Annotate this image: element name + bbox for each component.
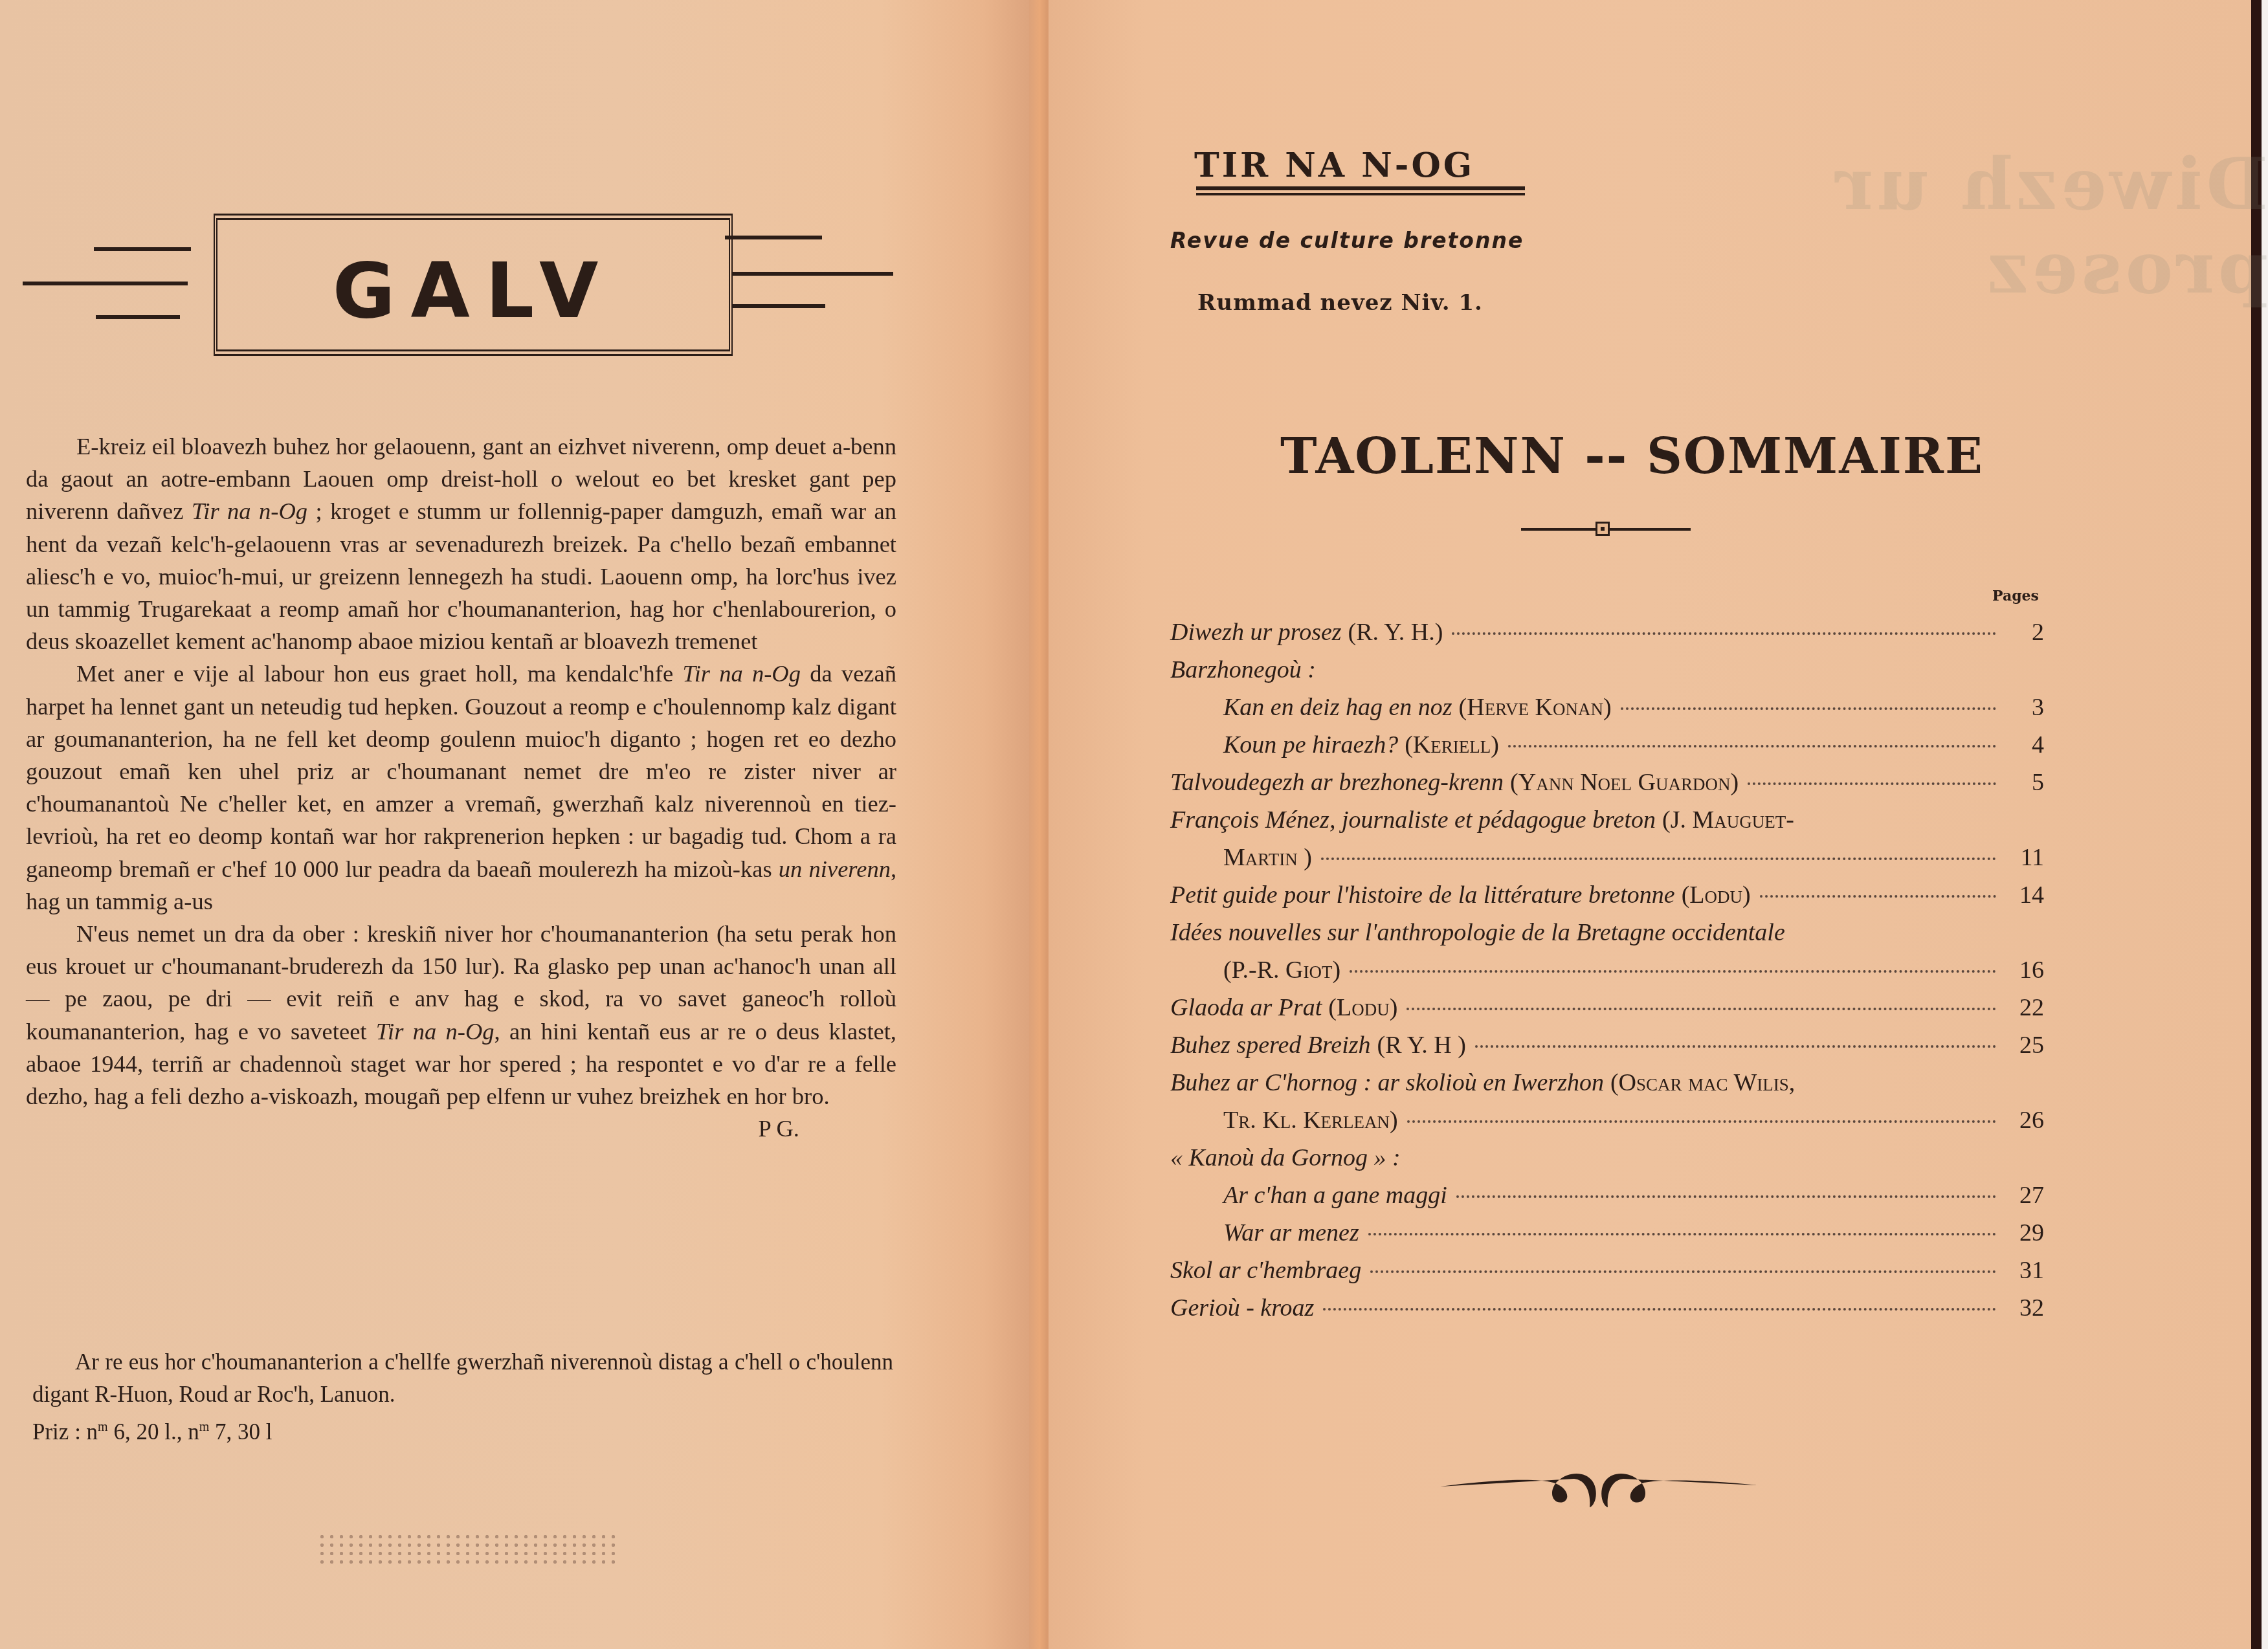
toc-entry-page: 14 [2005, 876, 2044, 914]
journal-title: TIR NA N-OG [1194, 146, 1474, 185]
toc-entry-author: (P.-R. Giot) [1223, 951, 1340, 989]
toc-entry-title: Koun pe hiraezh? [1223, 726, 1398, 764]
banner-rule-right-1 [725, 236, 822, 239]
toc-entry-author: (R. Y. H.) [1348, 614, 1443, 651]
toc-entry-title: Talvoudegezh ar brezhoneg-krenn [1170, 764, 1504, 801]
title-double-rule [1196, 186, 1525, 195]
editorial-paragraph: Met aner e vije al labour hon eus graet … [26, 658, 896, 918]
galv-frame: GALV [214, 214, 733, 356]
toc-entry-author: (R Y. H ) [1377, 1026, 1466, 1064]
toc-entry: Martin )11 [1170, 839, 2044, 876]
toc-entry-title: Petit guide pour l'histoire de la littér… [1170, 876, 1675, 914]
toc-entry-page: 26 [2005, 1101, 2044, 1139]
toc-entry-author: (J. Mauguet- [1662, 801, 1794, 839]
toc-entry: Gerioù - kroaz32 [1170, 1289, 2044, 1327]
pages-column-label: Pages [1992, 588, 2039, 604]
banner-rule-left-1 [94, 247, 191, 251]
toc-entry-title: Skol ar c'hembraeg [1170, 1252, 1361, 1289]
toc-entry: (P.-R. Giot)16 [1170, 951, 2044, 989]
flourish-ornament-icon [1437, 1466, 1761, 1511]
toc-entry: War ar menez29 [1170, 1214, 2044, 1252]
toc-entry: Ar c'han a gane maggi27 [1170, 1177, 2044, 1214]
toc-entry: François Ménez, journaliste et pédagogue… [1170, 801, 2044, 839]
dot-leader [1321, 858, 1996, 860]
toc-entry: « Kanoù da Gornog » : [1170, 1139, 2044, 1177]
editorial-text: E-kreiz eil bloavezh buhez hor gelaouenn… [26, 430, 896, 1145]
toc-entry-title: Glaoda ar Prat [1170, 989, 1322, 1026]
toc-entry-author: (Oscar mac Wilis, [1610, 1064, 1795, 1101]
toc-entry-page: 11 [2005, 839, 2044, 876]
toc-entry: Glaoda ar Prat(Lodu)22 [1170, 989, 2044, 1026]
dot-leader [1621, 707, 1996, 710]
toc-entry-page: 16 [2005, 951, 2044, 989]
toc-entry: Diwezh ur prosez(R. Y. H.)2 [1170, 614, 2044, 651]
dot-leader [1452, 632, 1996, 635]
toc-entry: Buhez ar C'hornog : ar skolioù en Iwerzh… [1170, 1064, 2044, 1101]
toc-entry-title: François Ménez, journaliste et pédagogue… [1170, 801, 1656, 839]
toc-entry-author: (Lodu) [1682, 876, 1751, 914]
toc-entry: Petit guide pour l'histoire de la littér… [1170, 876, 2044, 914]
bleed-through-text: Diwezh ur prosez [1683, 142, 2268, 309]
toc-entry-title: Diwezh ur prosez [1170, 614, 1342, 651]
toc-entry: Koun pe hiraezh?(Keriell)4 [1170, 726, 2044, 764]
signature: P G. [26, 1112, 896, 1145]
editorial-paragraph: E-kreiz eil bloavezh buhez hor gelaouenn… [26, 430, 896, 658]
toc-entry-page: 32 [2005, 1289, 2044, 1327]
toc-entry-title: Kan en deiz hag en noz [1223, 689, 1452, 726]
banner-rule-right-3 [731, 304, 825, 308]
dot-leader [1370, 1270, 1996, 1273]
subscription-note: Ar re eus hor c'houmananterion a c'hellf… [32, 1346, 893, 1448]
toc-entry-title: Buhez ar C'hornog : ar skolioù en Iwerzh… [1170, 1064, 1604, 1101]
toc-entry-page: 29 [2005, 1214, 2044, 1252]
issue-number: Rummad nevez Niv. 1. [1197, 290, 1483, 316]
banner-rule-right-2 [731, 272, 893, 276]
dot-leader [1406, 1008, 1996, 1010]
dotted-ornament [317, 1533, 621, 1565]
toc-entry-author: (Lodu) [1328, 989, 1397, 1026]
dot-leader [1456, 1195, 1996, 1198]
toc-entry-title: Ar c'han a gane maggi [1223, 1177, 1447, 1214]
toc-entry: Talvoudegezh ar brezhoneg-krenn(Yann Noe… [1170, 764, 2044, 801]
journal-subtitle: Revue de culture bretonne [1170, 228, 1524, 253]
toc-entry: Skol ar c'hembraeg31 [1170, 1252, 2044, 1289]
toc-entry: Idées nouvelles sur l'anthropologie de l… [1170, 914, 2044, 951]
dot-leader [1407, 1120, 1996, 1123]
toc-entry: Tr. Kl. Kerlean)26 [1170, 1101, 2044, 1139]
dot-leader [1350, 970, 1996, 973]
banner-rule-left-3 [96, 315, 180, 319]
toc-entry-page: 2 [2005, 614, 2044, 651]
toc-entry-author: (Herve Konan) [1459, 689, 1612, 726]
dot-leader [1760, 895, 1996, 898]
dot-leader [1475, 1045, 1996, 1048]
galv-banner: GALV [19, 201, 887, 356]
divider-ornament-icon [1521, 522, 1691, 537]
toc-entry-page: 4 [2005, 726, 2044, 764]
toc-entry: Kan en deiz hag en noz(Herve Konan)3 [1170, 689, 2044, 726]
toc-entry-author: Martin ) [1223, 839, 1312, 876]
dot-leader [1508, 745, 1996, 747]
banner-rule-left-2 [23, 282, 188, 285]
price-line: Priz : nm 6, 20 l., nm 7, 30 l [32, 1411, 893, 1448]
dot-leader [1368, 1233, 1996, 1235]
galv-title: GALV [217, 246, 729, 335]
toc-heading: TAOLENN -- SOMMAIRE [1280, 427, 1984, 485]
table-of-contents: Diwezh ur prosez(R. Y. H.)2Barzhonegoù :… [1170, 614, 2044, 1327]
toc-entry-author: Tr. Kl. Kerlean) [1223, 1101, 1398, 1139]
toc-entry-title: War ar menez [1223, 1214, 1359, 1252]
dot-leader [1748, 782, 1996, 785]
toc-entry-author: (Yann Noel Guardon) [1510, 764, 1739, 801]
toc-entry-title: Buhez spered Breizh [1170, 1026, 1371, 1064]
toc-entry-title: Barzhonegoù : [1170, 651, 1316, 689]
subscription-note-text: Ar re eus hor c'houmananterion a c'hellf… [32, 1346, 893, 1411]
toc-entry-title: Gerioù - kroaz [1170, 1289, 1314, 1327]
toc-entry-title: « Kanoù da Gornog » : [1170, 1139, 1401, 1177]
price-2: nm 7, 30 l [188, 1419, 272, 1444]
toc-entry-page: 27 [2005, 1177, 2044, 1214]
toc-entry-page: 5 [2005, 764, 2044, 801]
toc-entry-page: 22 [2005, 989, 2044, 1026]
toc-entry: Buhez spered Breizh(R Y. H )25 [1170, 1026, 2044, 1064]
left-page: GALV E-kreiz eil bloavezh buhez hor gela… [0, 0, 1036, 1649]
toc-entry-page: 3 [2005, 689, 2044, 726]
toc-entry-page: 31 [2005, 1252, 2044, 1289]
toc-entry-page: 25 [2005, 1026, 2044, 1064]
price-1: nm 6, 20 l., [87, 1419, 183, 1444]
dot-leader [1323, 1308, 1996, 1311]
price-label: Priz : [32, 1419, 81, 1444]
toc-entry-author: (Keriell) [1405, 726, 1499, 764]
toc-entry-title: Idées nouvelles sur l'anthropologie de l… [1170, 914, 1785, 951]
toc-entry: Barzhonegoù : [1170, 651, 2044, 689]
editorial-paragraph: N'eus nemet un dra da ober : kreskiñ niv… [26, 918, 896, 1112]
